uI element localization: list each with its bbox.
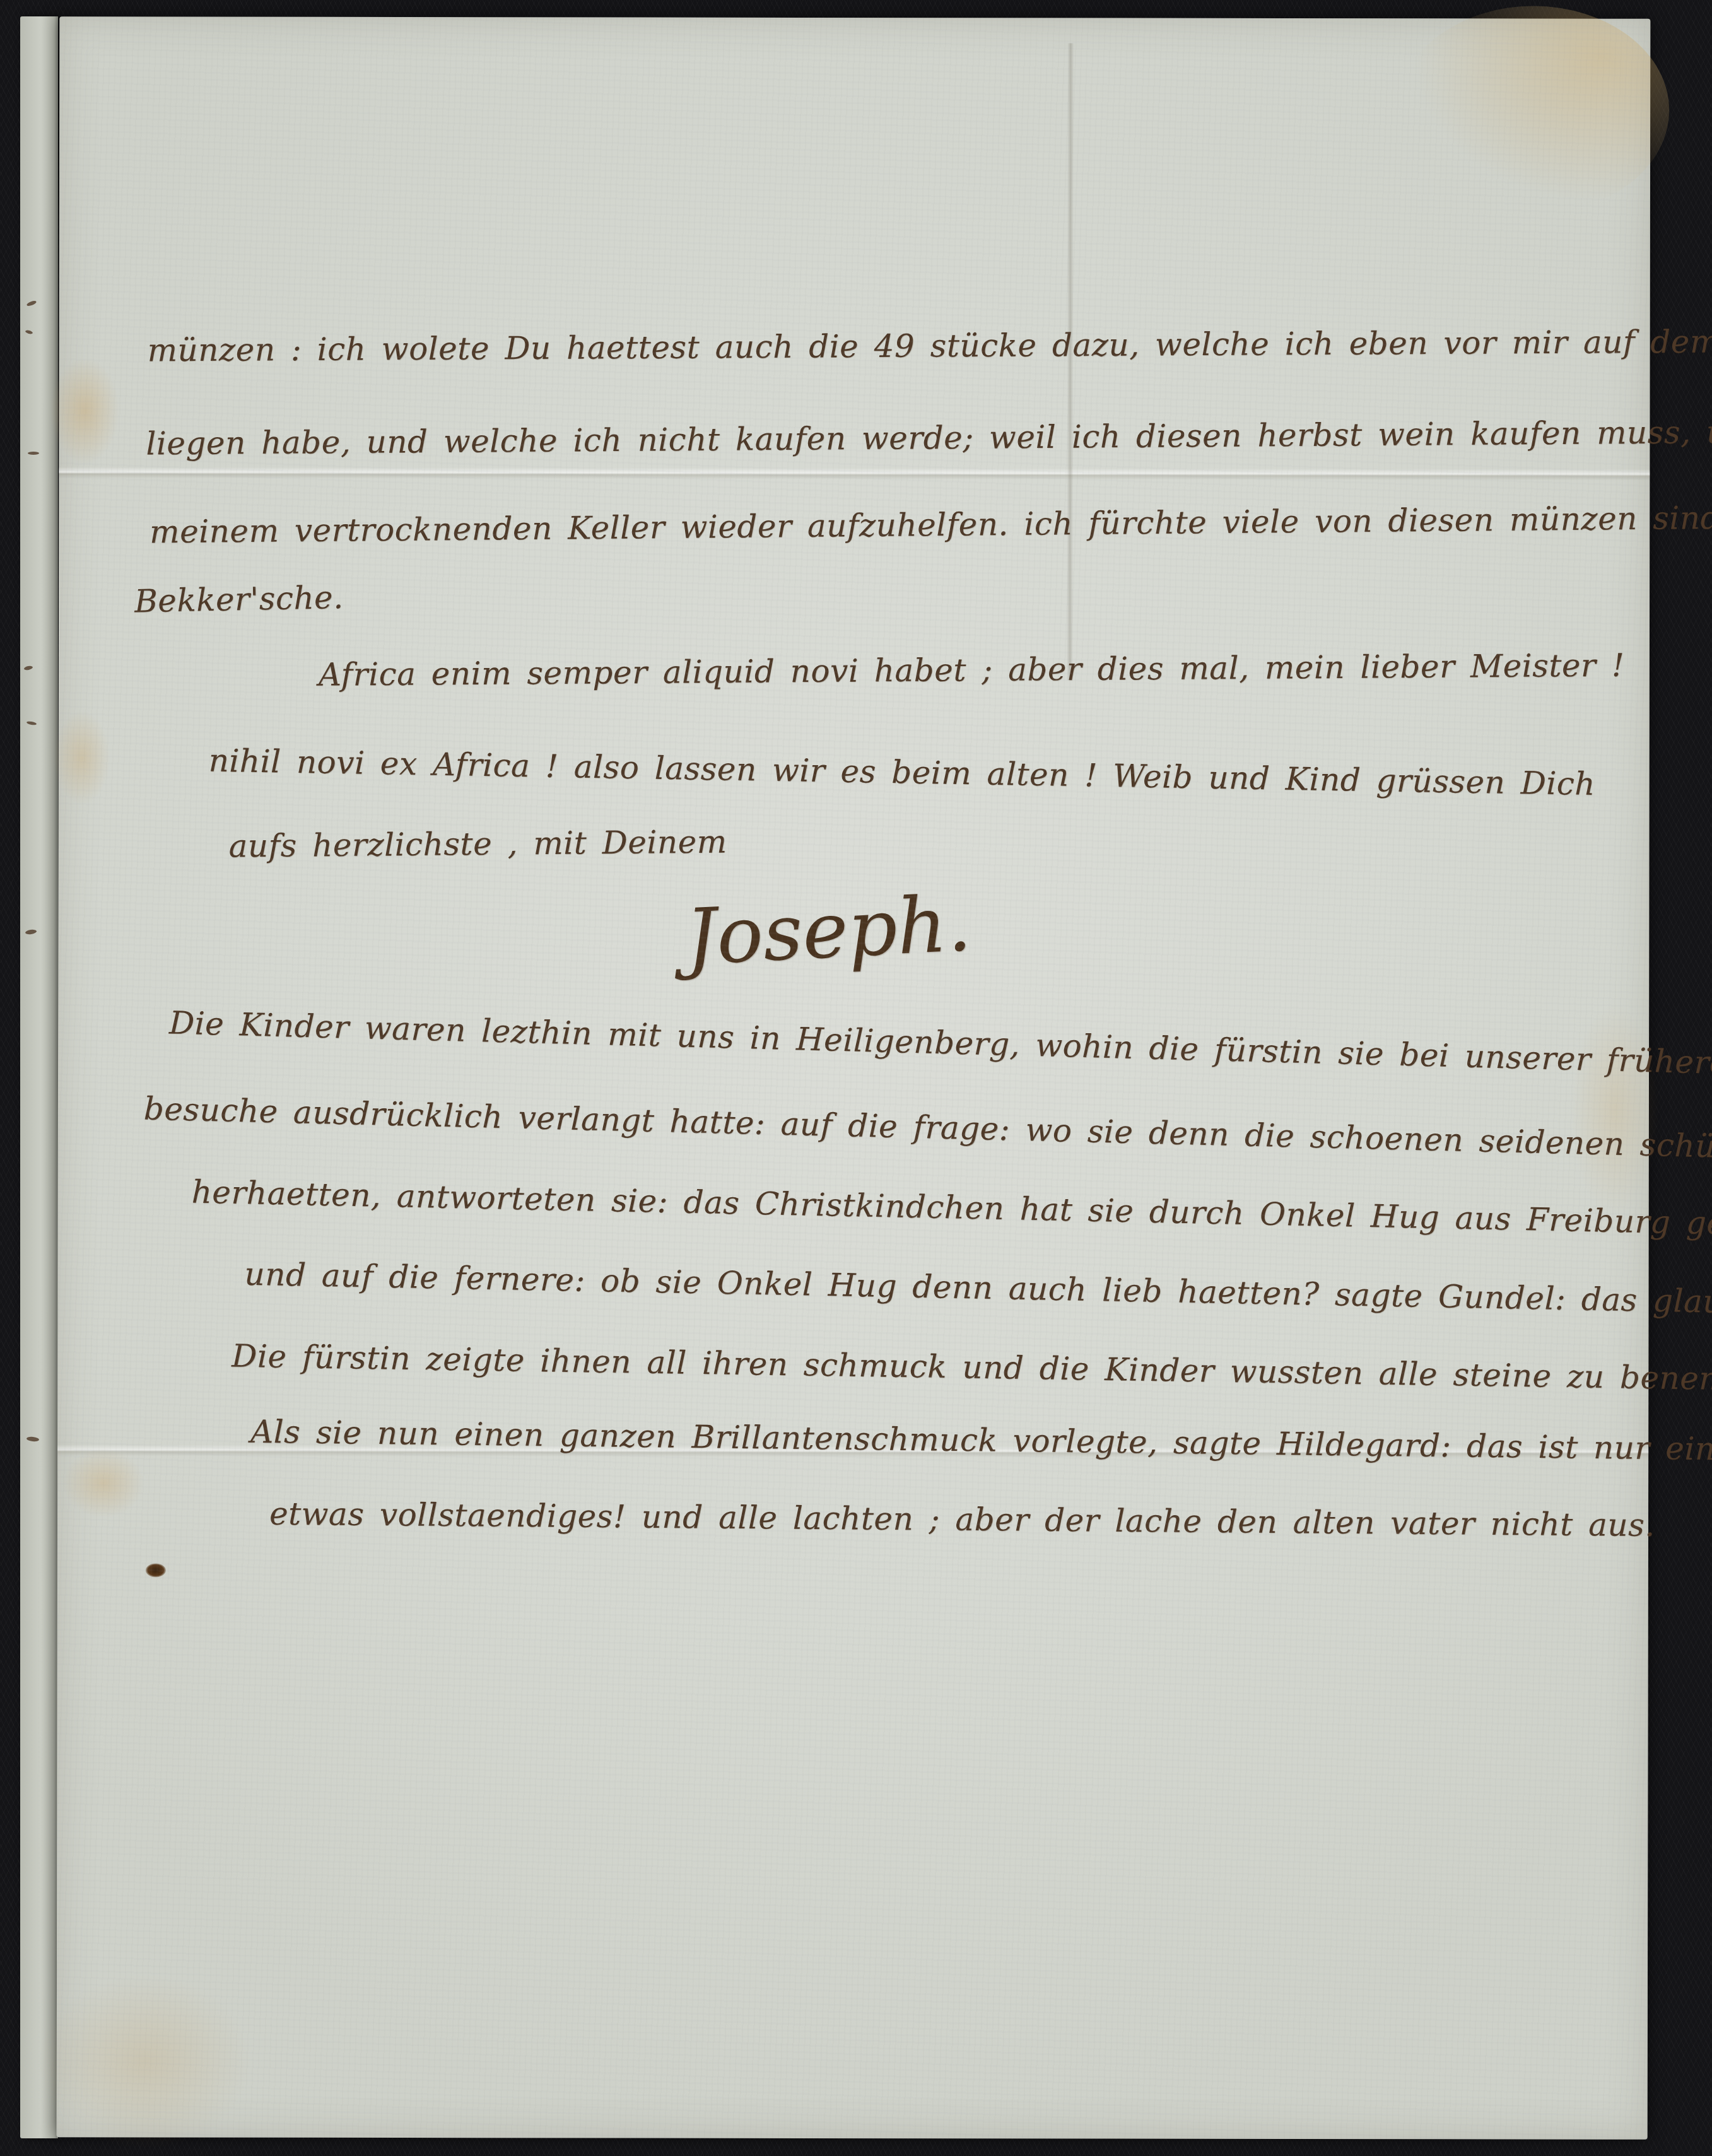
letter-line-p3-1: Die Kinder waren lezthin mit uns in Heil… bbox=[168, 1004, 1712, 1082]
edge-writing-fragment bbox=[28, 452, 39, 455]
age-stain bbox=[54, 710, 110, 805]
edge-writing-fragment bbox=[25, 330, 33, 335]
ink-blot bbox=[146, 1563, 166, 1577]
letter-line-p3-4: und auf die fernere: ob sie Onkel Hug de… bbox=[244, 1256, 1712, 1323]
letter-line-p2-3: aufs herzlichste , mit Deinem bbox=[228, 823, 727, 864]
letter-line-p3-6: Als sie nun einen ganzen Brillantenschmu… bbox=[250, 1414, 1712, 1468]
letter-line-p1-1: münzen : ich wolete Du haettest auch die… bbox=[147, 323, 1712, 369]
age-stain bbox=[1398, 6, 1669, 214]
signature: Joseph. bbox=[684, 879, 973, 983]
edge-writing-fragment bbox=[26, 721, 37, 726]
edge-writing-fragment bbox=[26, 1436, 40, 1442]
letter-line-p1-2: liegen habe, und welche ich nicht kaufen… bbox=[146, 414, 1712, 462]
age-stain bbox=[50, 357, 119, 464]
scan-background: münzen : ich wolete Du haettest auch die… bbox=[0, 0, 1712, 2156]
adjacent-page-edge bbox=[20, 16, 58, 2138]
age-stain bbox=[38, 1973, 252, 2150]
edge-writing-fragment bbox=[24, 665, 33, 671]
handwritten-text-block: münzen : ich wolete Du haettest auch die… bbox=[59, 16, 1650, 19]
edge-writing-fragment bbox=[26, 300, 37, 307]
age-stain bbox=[62, 1448, 144, 1518]
edge-writing-fragment bbox=[25, 929, 37, 935]
letter-line-p3-3: herhaetten, antworteten sie: das Christk… bbox=[191, 1174, 1712, 1245]
letter-line-p1-4: Bekker'sche. bbox=[134, 579, 344, 619]
letter-line-p3-5: Die fürstin zeigte ihnen all ihren schmu… bbox=[232, 1338, 1712, 1398]
age-stain bbox=[1571, 1003, 1659, 1217]
letter-page: münzen : ich wolete Du haettest auch die… bbox=[57, 16, 1651, 2140]
letter-line-p2-1: Africa enim semper aliquid novi habet ; … bbox=[319, 647, 1625, 693]
letter-line-p3-7: etwas vollstaendiges! und alle lachten ;… bbox=[269, 1496, 1655, 1544]
letter-line-p1-3: meinem vertrocknenden Keller wieder aufz… bbox=[150, 500, 1712, 551]
letter-line-p2-2: nihil novi ex Africa ! also lassen wir e… bbox=[208, 742, 1595, 803]
fold-crease-horizontal-upper bbox=[59, 467, 1650, 481]
letter-line-p3-2: besuche ausdrücklich verlangt hatte: auf… bbox=[143, 1090, 1712, 1167]
